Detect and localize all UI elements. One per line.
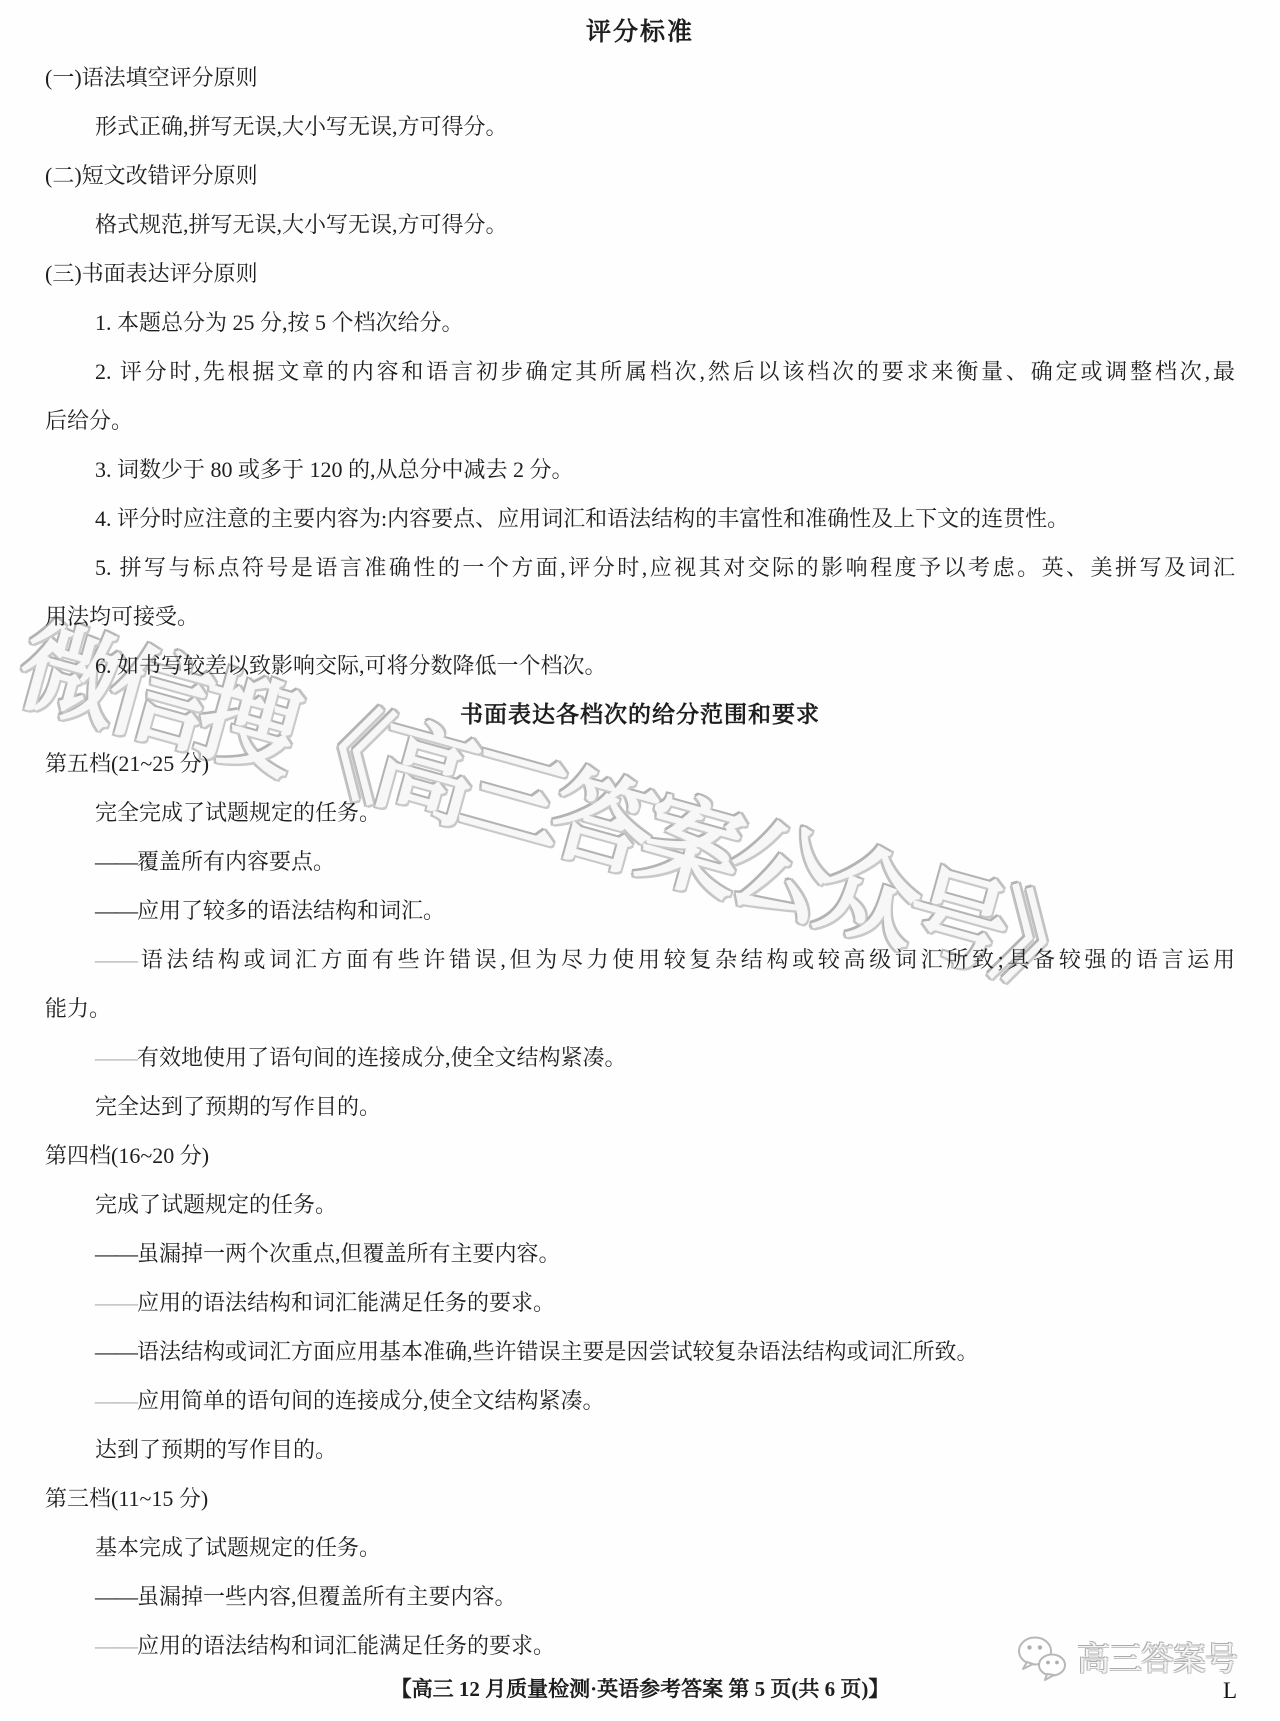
text-line: 后给分。	[45, 396, 1235, 445]
text-line: 第三档(11~15 分)	[45, 1474, 1235, 1523]
text-line: 2. 评分时,先根据文章的内容和语言初步确定其所属档次,然后以该档次的要求来衡量…	[45, 347, 1235, 396]
em-dash-prefix: ——	[95, 1290, 137, 1315]
document-lines: (一)语法填空评分原则形式正确,拼写无误,大小写无误,方可得分。(二)短文改错评…	[45, 53, 1235, 1670]
text-line: ——虽漏掉一些内容,但覆盖所有主要内容。	[45, 1572, 1235, 1621]
text-line: 格式规范,拼写无误,大小写无误,方可得分。	[45, 200, 1235, 249]
text-line: 完全完成了试题规定的任务。	[45, 788, 1235, 837]
em-dash-prefix: ——	[95, 849, 137, 874]
text-line: ——有效地使用了语句间的连接成分,使全文结构紧凑。	[45, 1033, 1235, 1082]
em-dash-prefix: ——	[95, 1045, 137, 1070]
text-line: 第四档(16~20 分)	[45, 1131, 1235, 1180]
text-line: 形式正确,拼写无误,大小写无误,方可得分。	[45, 102, 1235, 151]
exam-answer-sheet-page: 微信搜《高三答案公众号》 评分标准 (一)语法填空评分原则形式正确,拼写无误,大…	[0, 0, 1280, 1721]
line-text: 应用的语法结构和词汇能满足任务的要求。	[137, 1290, 555, 1315]
text-line: 3. 词数少于 80 或多于 120 的,从总分中减去 2 分。	[45, 445, 1235, 494]
text-line: 书面表达各档次的给分范围和要求	[45, 690, 1235, 739]
line-text: 虽漏掉一些内容,但覆盖所有主要内容。	[137, 1584, 517, 1609]
line-text: 应用了较多的语法结构和词汇。	[137, 898, 445, 923]
text-line: 5. 拼写与标点符号是语言准确性的一个方面,评分时,应视其对交际的影响程度予以考…	[45, 543, 1235, 592]
line-text: 应用简单的语句间的连接成分,使全文结构紧凑。	[137, 1388, 605, 1413]
text-line: 6. 如书写较差以致影响交际,可将分数降低一个档次。	[45, 641, 1235, 690]
text-line: ——覆盖所有内容要点。	[45, 837, 1235, 886]
em-dash-prefix: ——	[95, 1388, 137, 1413]
text-line: ——应用了较多的语法结构和词汇。	[45, 886, 1235, 935]
em-dash-prefix: ——	[95, 1584, 137, 1609]
line-text: 虽漏掉一两个次重点,但覆盖所有主要内容。	[137, 1241, 561, 1266]
text-line: (一)语法填空评分原则	[45, 53, 1235, 102]
wechat-logo-text: 高三答案号	[1077, 1642, 1237, 1675]
em-dash-prefix: ——	[95, 1633, 137, 1658]
line-text: 语法结构或词汇方面应用基本准确,些许错误主要是因尝试较复杂语法结构或词汇所致。	[137, 1339, 979, 1364]
text-line: 达到了预期的写作目的。	[45, 1425, 1235, 1474]
em-dash-prefix: ——	[95, 898, 137, 923]
page-title: 评分标准	[0, 8, 1280, 57]
corner-letter: L	[1223, 1678, 1237, 1704]
line-text: 覆盖所有内容要点。	[137, 849, 335, 874]
text-line: ——应用简单的语句间的连接成分,使全文结构紧凑。	[45, 1376, 1235, 1425]
text-line: 第五档(21~25 分)	[45, 739, 1235, 788]
text-line: (三)书面表达评分原则	[45, 249, 1235, 298]
text-line: ——语法结构或词汇方面有些许错误,但为尽力使用较复杂结构或较高级词汇所致;具备较…	[45, 935, 1235, 984]
text-line: 完成了试题规定的任务。	[45, 1180, 1235, 1229]
text-line: ——应用的语法结构和词汇能满足任务的要求。	[45, 1278, 1235, 1327]
em-dash-prefix: ——	[95, 1241, 137, 1266]
text-line: 1. 本题总分为 25 分,按 5 个档次给分。	[45, 298, 1235, 347]
wechat-icon	[1017, 1634, 1069, 1682]
text-line: 基本完成了试题规定的任务。	[45, 1523, 1235, 1572]
line-text: 语法结构或词汇方面有些许错误,但为尽力使用较复杂结构或较高级词汇所致;具备较强的…	[137, 947, 1235, 972]
text-line: 能力。	[45, 984, 1235, 1033]
wechat-logo-stamp: 高三答案号	[1017, 1634, 1237, 1682]
text-line: 4. 评分时应注意的主要内容为:内容要点、应用词汇和语法结构的丰富性和准确性及上…	[45, 494, 1235, 543]
text-line: ——语法结构或词汇方面应用基本准确,些许错误主要是因尝试较复杂语法结构或词汇所致…	[45, 1327, 1235, 1376]
em-dash-prefix: ——	[95, 1339, 137, 1364]
text-line: ——虽漏掉一两个次重点,但覆盖所有主要内容。	[45, 1229, 1235, 1278]
em-dash-prefix: ——	[95, 947, 137, 972]
text-line: 完全达到了预期的写作目的。	[45, 1082, 1235, 1131]
line-text: 应用的语法结构和词汇能满足任务的要求。	[137, 1633, 555, 1658]
text-line: 用法均可接受。	[45, 592, 1235, 641]
text-line: (二)短文改错评分原则	[45, 151, 1235, 200]
line-text: 有效地使用了语句间的连接成分,使全文结构紧凑。	[137, 1045, 627, 1070]
